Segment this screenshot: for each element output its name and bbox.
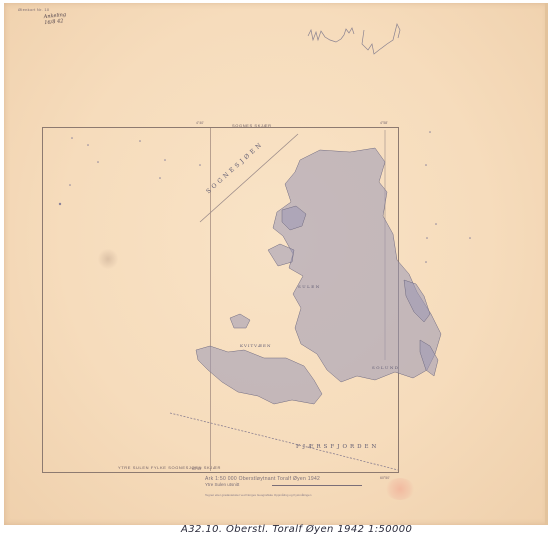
- label-island-1: SULEN: [298, 284, 321, 289]
- label-kvitvaen: KVITVÆEN: [240, 343, 271, 348]
- scale-bar: [272, 485, 362, 488]
- label-fjaersfjorden: FJÆRSFJORDEN: [296, 444, 379, 450]
- archive-caption: A32.10. Oberstl. Toralf Øyen 1942 1:5000…: [181, 524, 412, 535]
- coastline-map: [0, 0, 555, 541]
- title-footnote: Tegnet etter gradavtekster ved Norges Ge…: [205, 493, 311, 497]
- label-island-2: SOLUND: [372, 365, 400, 370]
- red-stamp: [385, 478, 415, 500]
